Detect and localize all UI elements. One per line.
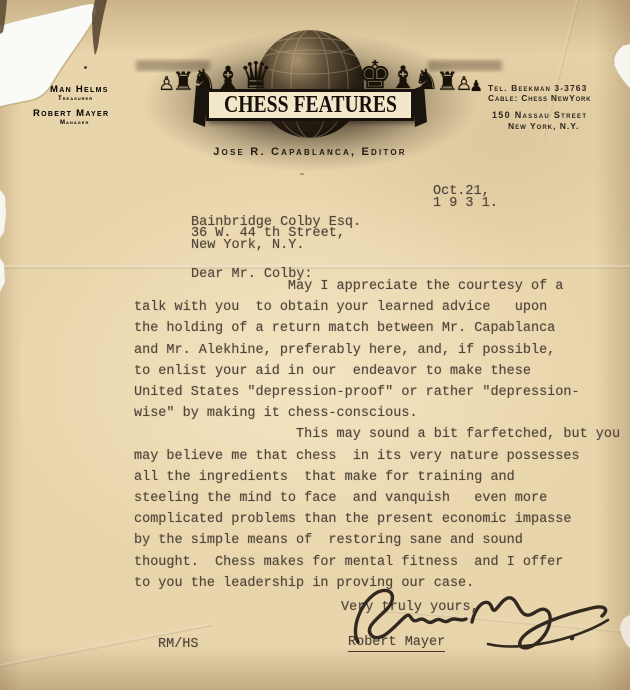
paper-shade-left [0,100,22,690]
reference-initials: RM/HS [158,637,199,652]
date-block: Oct.21, 1 9 3 1. [433,186,498,209]
recipient-address: Bainbridge Colby Esq. 36 W. 44 th Street… [191,217,361,251]
cable-line: Cable: Chess NewYork [488,93,591,103]
paper-speck [84,66,87,69]
officer-title-treasurer: Treasurer [58,96,93,102]
officer-name-mayer: Robert Mayer [33,108,109,119]
chess-piece-icon: ♜ [172,69,191,94]
handwritten-signature [340,578,630,663]
chess-piece-icon: ♜ [436,69,455,94]
officer-title-manager: Manager [60,120,89,126]
chess-features-banner: CHESS FEATURES [206,89,414,121]
chess-piece-icon: ♙ [455,75,469,94]
chess-piece-icon: ♟ [469,79,479,94]
telephone-line: Tel. Beekman 3-3763 [488,83,587,93]
editor-line: Jose R. Capablanca, Editor [213,146,407,158]
chess-piece-icon: ♙ [158,75,172,94]
city-line: New York, N.Y. [508,121,579,131]
street-line: 150 Nassau Street [492,110,587,120]
chess-pieces-right: ♚♝♞♜♙♟ [358,44,480,94]
fold-crease [0,265,630,269]
chess-pieces-left: ♙♜♞♝♛ [158,44,269,94]
letter-scan: ♙♜♞♝♛ ♚♝♞♜♙♟ CHESS FEATURES Man Helms Tr… [0,0,630,690]
banner-title: CHESS FEATURES [224,92,397,119]
letter-body: May I appreciate the courtesy of a talk … [134,276,620,594]
officer-name-helms: Man Helms [50,84,109,95]
